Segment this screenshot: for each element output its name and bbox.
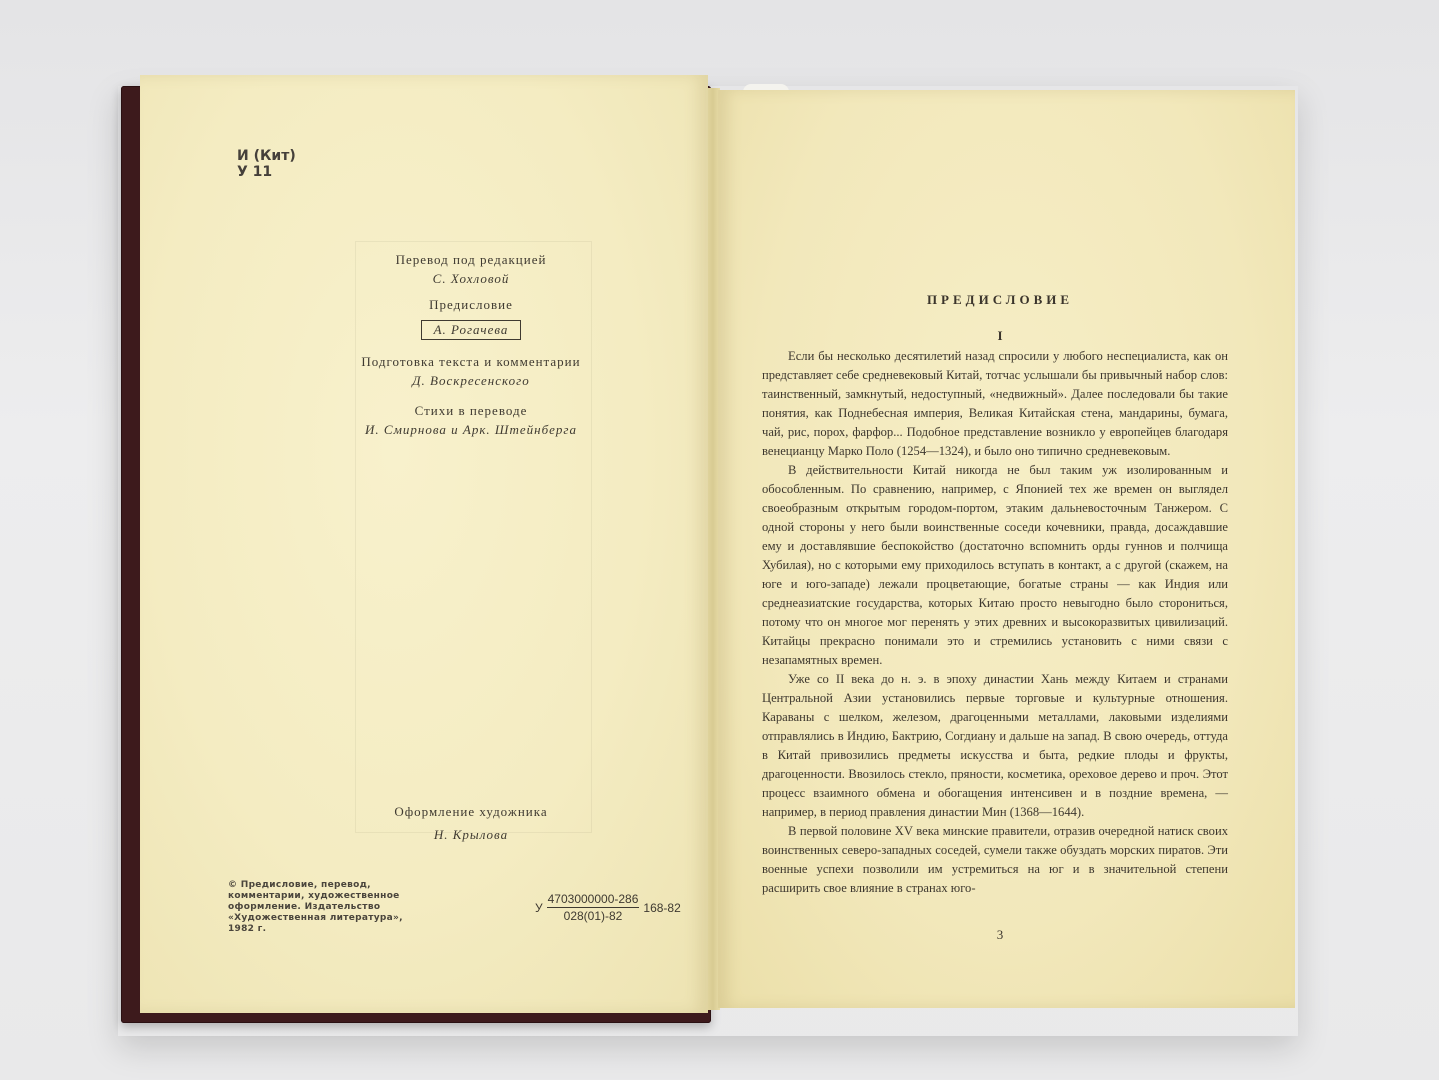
body-text: Если бы несколько десятилетий назад спро… bbox=[762, 347, 1228, 898]
credits-block: Перевод под редакцией С. Хохловой Предис… bbox=[340, 252, 602, 448]
library-classmark: И (Кит) У 11 bbox=[237, 148, 296, 180]
design-role: Оформление художника bbox=[340, 804, 602, 820]
index-denominator: 028(01)-82 bbox=[564, 908, 623, 923]
index-fraction: 4703000000-286 028(01)-82 bbox=[547, 892, 640, 923]
section-numeral: I bbox=[760, 328, 1240, 344]
index-numerator: 4703000000-286 bbox=[547, 892, 640, 908]
design-name: Н. Крылова bbox=[340, 827, 602, 843]
credit-name: С. Хохловой bbox=[340, 271, 602, 287]
paragraph: В первой половине XV века минские правит… bbox=[762, 822, 1228, 898]
chapter-title: ПРЕДИСЛОВИЕ bbox=[760, 292, 1240, 308]
credit-name-boxed: А. Рогачева bbox=[421, 320, 522, 340]
index-prefix: У bbox=[535, 901, 543, 915]
credit-role: Стихи в переводе bbox=[340, 403, 602, 419]
copyright-notice: © Предисловие, перевод, комментарии, худ… bbox=[228, 880, 403, 935]
index-suffix: 168-82 bbox=[643, 901, 680, 915]
publication-index-code: У 4703000000-286 028(01)-82 168-82 bbox=[535, 892, 681, 923]
classmark-line: У 11 bbox=[237, 164, 296, 180]
credit-role: Перевод под редакцией bbox=[340, 252, 602, 268]
page-number: 3 bbox=[960, 927, 1040, 943]
paragraph: Уже со II века до н. э. в эпоху династии… bbox=[762, 670, 1228, 822]
credit-role: Подготовка текста и комментарии bbox=[340, 354, 602, 370]
credit-name: Д. Воскресенского bbox=[340, 373, 602, 389]
design-credit: Оформление художника Н. Крылова bbox=[340, 804, 602, 843]
credit-name: И. Смирнова и Арк. Штейнберга bbox=[340, 422, 602, 438]
classmark-line: И (Кит) bbox=[237, 148, 296, 164]
paragraph: В действительности Китай никогда не был … bbox=[762, 461, 1228, 670]
credit-role: Предисловие bbox=[340, 297, 602, 313]
paragraph: Если бы несколько десятилетий назад спро… bbox=[762, 347, 1228, 461]
